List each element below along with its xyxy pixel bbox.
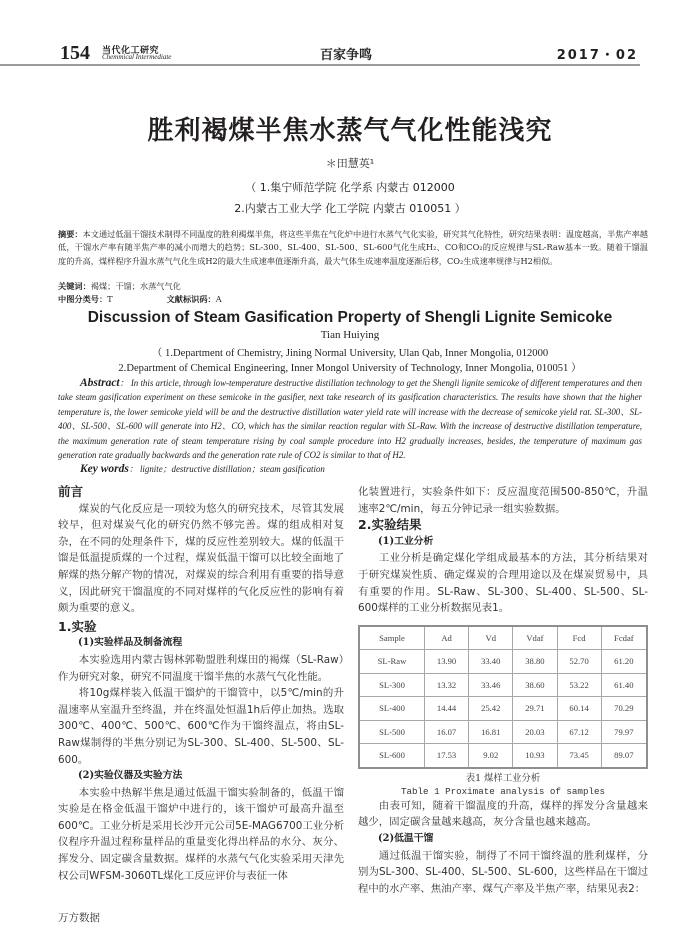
classification: 中图分类号：T文献标识码：A: [58, 294, 222, 305]
english-keywords-text: lignite；destructive distillation；steam g…: [140, 464, 325, 474]
table-cell: 20.03: [513, 720, 557, 744]
abstract-cn-text: 本文通过低温干馏技术制得不同温度的胜利褐煤半焦，将这些半焦在气化炉中进行水蒸气气…: [58, 229, 648, 266]
table-cell: 60.14: [557, 697, 601, 721]
page-number: 154: [60, 42, 90, 65]
table-header-cell: Fcd: [557, 626, 601, 650]
table-cell: 16.81: [469, 720, 513, 744]
table-cell: 14.44: [424, 697, 468, 721]
table-1-caption-cn: 表1 煤样工业分析: [358, 772, 648, 785]
table-row: SL-600 17.53 9.02 10.93 73.45 89.07: [359, 744, 647, 768]
table-cell: 25.42: [469, 697, 513, 721]
header-divider: [0, 64, 640, 66]
right-column: 化装置进行，实验条件如下：反应温度范围500-850℃，升温速率2℃/min，每…: [358, 484, 648, 897]
table-cell: 61.40: [601, 673, 647, 697]
table-header-cell: Vd: [469, 626, 513, 650]
table-cell: 17.53: [424, 744, 468, 768]
left-column: 前言 煤炭的气化反应是一项较为悠久的研究技术，尽管其发展较早，但对煤炭气化的研究…: [58, 484, 344, 884]
table-1-proximate-analysis: Sample Ad Vd Vdaf Fcd Fcdaf SL-Raw 13.90…: [358, 625, 648, 769]
english-keywords-label: Key words: [80, 463, 129, 475]
table-cell: SL-400: [359, 697, 424, 721]
journal-name-en: Chemmical Intermediate: [102, 53, 171, 61]
table-cell: SL-Raw: [359, 650, 424, 674]
english-keywords: Key words： lignite；destructive distillat…: [80, 462, 325, 475]
table-cell: 38.60: [513, 673, 557, 697]
footer-watermark: 万方数据: [58, 910, 100, 925]
table-header-cell: Fcdaf: [601, 626, 647, 650]
paper-title: 胜利褐煤半焦水蒸气气化性能浅究: [0, 110, 700, 147]
table-header-row: Sample Ad Vd Vdaf Fcd Fcdaf: [359, 626, 647, 650]
table-cell: 16.07: [424, 720, 468, 744]
clc-value: T: [107, 294, 112, 304]
keywords-cn-label: 关键词：: [58, 281, 91, 291]
table-cell: SL-500: [359, 720, 424, 744]
affiliation-1: （ 1.集宁师范学院 化学系 内蒙古 012000: [0, 179, 700, 195]
table-cell: 61.20: [601, 650, 647, 674]
issue-number: 2017・02: [557, 44, 638, 63]
doc-code-value: A: [216, 294, 222, 304]
table-row: SL-400 14.44 25.42 29.71 60.14 70.29: [359, 697, 647, 721]
english-abstract-text: In this article, through low-temperature…: [58, 378, 642, 460]
section-2-heading: 2.实验结果: [358, 517, 648, 534]
author: ＊田慧英¹: [0, 155, 700, 171]
english-affiliation-1: （ 1.Department of Chemistry, Jining Norm…: [0, 345, 700, 360]
section-1-heading: 1.实验: [58, 619, 344, 636]
table-cell: 79.97: [601, 720, 647, 744]
keywords-cn-text: 褐煤；干馏；水蒸气气化: [91, 281, 181, 291]
table-cell: 13.90: [424, 650, 468, 674]
preface-heading: 前言: [58, 484, 344, 501]
table-header-cell: Sample: [359, 626, 424, 650]
preface-paragraph: 煤炭的气化反应是一项较为悠久的研究技术，尽管其发展较早，但对煤炭气化的研究仍然不…: [58, 501, 344, 617]
subsection-1-1-paragraph-2: 将10g煤样装入低温干馏炉的干馏管中，以5℃/min的升温速率从室温升至终温，并…: [58, 685, 344, 768]
affiliation-2: 2.内蒙古工业大学 化工学院 内蒙古 010051 ）: [0, 200, 700, 216]
running-header: 154 当代化工研究 Chemmical Intermediate 百家争鸣 2…: [50, 40, 650, 64]
table-cell: SL-300: [359, 673, 424, 697]
subsection-1-2-heading: (2)实验仪器及实验方法: [58, 768, 344, 785]
subsection-2-1-paragraph-1: 工业分析是确定煤化学组成最基本的方法，其分析结果对于研究煤炭性质、确定煤炭的合理…: [358, 550, 648, 616]
english-abstract: Abstract： In this article, through low-t…: [58, 376, 642, 462]
table-cell: 70.29: [601, 697, 647, 721]
section-name: 百家争鸣: [320, 44, 372, 63]
table-row: SL-Raw 13.90 33.40 38.80 52.70 61.20: [359, 650, 647, 674]
english-title: Discussion of Steam Gasification Propert…: [0, 309, 700, 327]
table-cell: 33.40: [469, 650, 513, 674]
abstract-cn: 摘要：本文通过低温干馏技术制得不同温度的胜利褐煤半焦，将这些半焦在气化炉中进行水…: [58, 228, 648, 268]
subsection-2-1-paragraph-2: 由表可知，随着干馏温度的升高，煤样的挥发分含量越来越少，固定碳含量越来越高，灰分…: [358, 798, 648, 831]
english-abstract-label: Abstract: [80, 377, 120, 389]
table-cell: 29.71: [513, 697, 557, 721]
table-row: SL-500 16.07 16.81 20.03 67.12 79.97: [359, 720, 647, 744]
table-header-cell: Vdaf: [513, 626, 557, 650]
table-cell: 89.07: [601, 744, 647, 768]
subsection-1-1-heading: (1)实验样品及制备流程: [58, 635, 344, 652]
subsection-2-2-heading: (2)低温干馏: [358, 831, 648, 848]
table-cell: 73.45: [557, 744, 601, 768]
table-cell: 52.70: [557, 650, 601, 674]
clc-label: 中图分类号：: [58, 294, 107, 304]
table-cell: 33.46: [469, 673, 513, 697]
subsection-2-1-heading: (1)工业分析: [358, 534, 648, 551]
table-cell: 10.93: [513, 744, 557, 768]
abstract-cn-label: 摘要：: [58, 229, 83, 239]
continuation-paragraph: 化装置进行，实验条件如下：反应温度范围500-850℃，升温速率2℃/min，每…: [358, 484, 648, 517]
table-1-caption-en: Table 1 Proximate analysis of samples: [358, 785, 648, 798]
table-row: SL-300 13.32 33.46 38.60 53.22 61.40: [359, 673, 647, 697]
table-cell: 67.12: [557, 720, 601, 744]
subsection-2-2-paragraph-1: 通过低温干馏实验，制得了不同干馏终温的胜利煤样，分别为SL-300、SL-400…: [358, 848, 648, 898]
table-cell: 53.22: [557, 673, 601, 697]
subsection-1-2-paragraph-1: 本实验中热解半焦是通过低温干馏实验制备的，低温干馏实验是在格金低温干馏炉中进行的…: [58, 785, 344, 885]
keywords-cn: 关键词：褐煤；干馏；水蒸气气化: [58, 281, 181, 292]
table-cell: SL-600: [359, 744, 424, 768]
table-header-cell: Ad: [424, 626, 468, 650]
table-cell: 9.02: [469, 744, 513, 768]
english-author: Tian Huiying: [0, 329, 700, 341]
table-cell: 38.80: [513, 650, 557, 674]
table-cell: 13.32: [424, 673, 468, 697]
subsection-1-1-paragraph-1: 本实验选用内蒙古锡林郭勒盟胜利煤田的褐煤（SL-Raw）作为研究对象，研究不同温…: [58, 652, 344, 685]
english-affiliation-2: 2.Department of Chemical Engineering, In…: [0, 360, 700, 375]
doc-code-label: 文献标识码：: [167, 294, 216, 304]
